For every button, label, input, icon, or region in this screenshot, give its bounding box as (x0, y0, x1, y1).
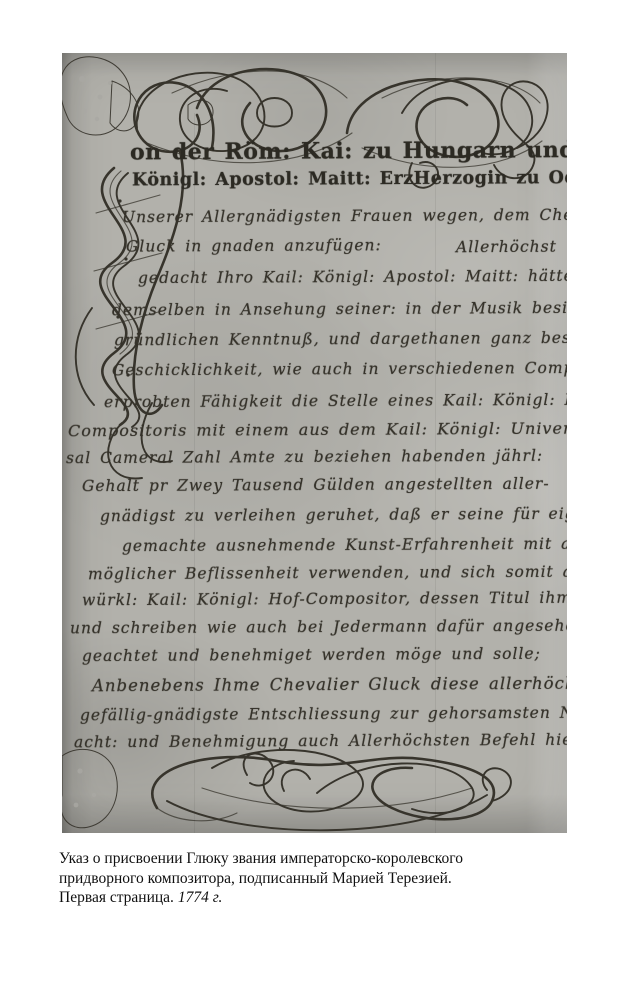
manuscript-line: Gluck in gnaden anzufügen: (126, 236, 382, 255)
caption-line-2: придворного композитора, подписанный Мар… (59, 869, 551, 889)
caption-page-label: Первая страница. (59, 889, 174, 906)
manuscript-line: Geschicklichkeit, wie auch in verschiede… (112, 359, 567, 380)
manuscript-line: erprobten Fähigkeit die Stelle eines Kai… (104, 391, 567, 412)
figure-caption: Указ о присвоении Глюку звания император… (59, 849, 551, 908)
manuscript-line: gefällig-gnädigste Entschliessung zur ge… (80, 704, 567, 725)
manuscript-line: Anbenebens Ihme Chevalier Gluck diese al… (92, 674, 567, 696)
manuscript-line: demselben in Ansehung seiner: in der Mus… (112, 299, 567, 320)
manuscript-line: acht: und Benehmigung auch Allerhöchsten… (74, 731, 567, 752)
manuscript-photo: on der Röm: Kai: zu Hungarn und Böheim K… (62, 53, 567, 833)
manuscript-line: gnädigst zu verleihen geruhet, daß er se… (100, 505, 567, 526)
ink-blot-top-left-icon (62, 57, 139, 135)
bottom-flourish (152, 750, 511, 830)
ink-blot-bottom-left-icon (62, 749, 117, 827)
manuscript-line: geachtet und benehmiget werden möge und … (82, 645, 541, 665)
caption-year: 1774 г. (178, 889, 223, 906)
manuscript-line: Unserer Allergnädigsten Frauen wegen, de… (122, 206, 567, 227)
manuscript-line: sal Cameral Zahl Amte zu beziehen habend… (66, 447, 543, 467)
manuscript-line: Compositoris mit einem aus dem Kail: Kön… (68, 419, 567, 441)
manuscript-heading-line-1: on der Röm: Kai: zu Hungarn und Böheim (130, 137, 567, 166)
manuscript-line: und schreiben wie auch bei Jedermann daf… (70, 617, 567, 638)
manuscript-line: möglicher Beflissenheit verwenden, und s… (88, 563, 567, 584)
manuscript-heading-line-2: Königl: Apostol: Maitt: ErzHerzogin zu O… (132, 168, 567, 191)
manuscript-line: gemachte ausnehmende Kunst-Erfahrenheit … (122, 535, 567, 555)
manuscript-line: Gehalt pr Zwey Tausend Gülden angestellt… (82, 475, 550, 495)
book-page: on der Röm: Kai: zu Hungarn und Böheim K… (0, 0, 629, 1000)
manuscript-line: gedacht Ihro Kail: Königl: Apostol: Mait… (138, 267, 567, 287)
manuscript-line: würkl: Kail: Königl: Hof-Compositor, des… (82, 589, 567, 610)
manuscript-right-note: Allerhöchst (456, 238, 557, 257)
manuscript-line: gründlichen Kenntnuß, und dargethanen ga… (114, 329, 567, 350)
caption-line-1: Указ о присвоении Глюку звания император… (59, 849, 551, 869)
caption-line-3: Первая страница. 1774 г. (59, 888, 551, 908)
